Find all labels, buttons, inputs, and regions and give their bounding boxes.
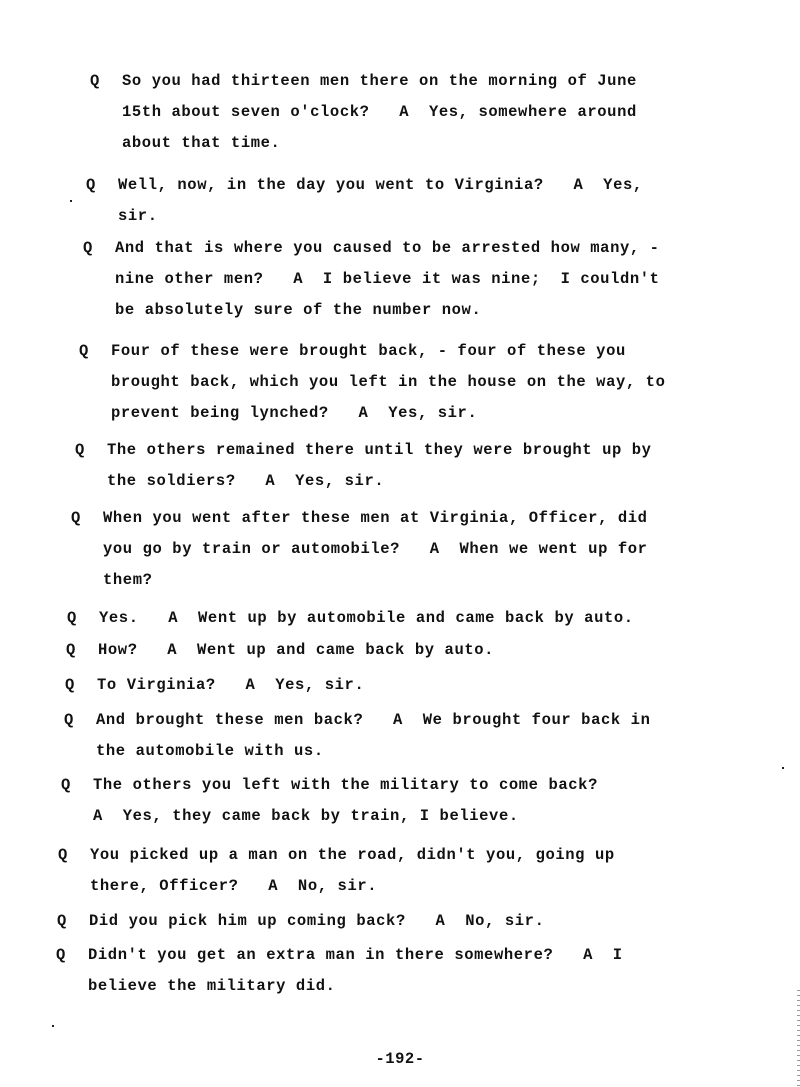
- qa-entry: Q Didn't you get an extra man in there s…: [56, 940, 623, 1002]
- question-marker: Q: [83, 233, 103, 264]
- scan-speck: [70, 200, 72, 202]
- entry-line: brought back, which you left in the hous…: [79, 367, 665, 398]
- entry-line: So you had thirteen men there on the mor…: [90, 66, 637, 97]
- question-marker: Q: [86, 170, 106, 201]
- entry-line: the soldiers? A Yes, sir.: [75, 466, 652, 497]
- question-marker: Q: [65, 670, 85, 701]
- entry-line: them?: [71, 565, 648, 596]
- qa-entry: Q The others you left with the military …: [61, 770, 598, 832]
- entry-line: And that is where you caused to be arres…: [83, 233, 660, 264]
- entry-line: Four of these were brought back, - four …: [79, 336, 665, 367]
- question-marker: Q: [67, 603, 87, 634]
- question-marker: Q: [61, 770, 81, 801]
- qa-entry: Q Did you pick him up coming back? A No,…: [57, 906, 544, 937]
- question-marker: Q: [71, 503, 91, 534]
- qa-entry: Q Four of these were brought back, - fou…: [79, 336, 665, 429]
- entry-line: Didn't you get an extra man in there som…: [56, 940, 623, 971]
- entry-line: there, Officer? A No, sir.: [58, 871, 615, 902]
- entry-line: 15th about seven o'clock? A Yes, somewhe…: [90, 97, 637, 128]
- question-marker: Q: [79, 336, 99, 367]
- entry-line: You picked up a man on the road, didn't …: [58, 840, 615, 871]
- qa-entry: Q And brought these men back? A We broug…: [64, 705, 650, 767]
- entry-line: you go by train or automobile? A When we…: [71, 534, 648, 565]
- entry-line: be absolutely sure of the number now.: [83, 295, 660, 326]
- qa-entry: Q You picked up a man on the road, didn'…: [58, 840, 615, 902]
- entry-line: Yes. A Went up by automobile and came ba…: [67, 603, 634, 634]
- qa-entry: Q When you went after these men at Virgi…: [71, 503, 648, 596]
- qa-entry: Q Well, now, in the day you went to Virg…: [86, 170, 643, 232]
- entry-line: When you went after these men at Virgini…: [71, 503, 648, 534]
- question-marker: Q: [58, 840, 78, 871]
- entry-line: the automobile with us.: [64, 736, 650, 767]
- qa-entry: Q Yes. A Went up by automobile and came …: [67, 603, 634, 634]
- question-marker: Q: [64, 705, 84, 736]
- entry-line: Well, now, in the day you went to Virgin…: [86, 170, 643, 201]
- entry-line: The others you left with the military to…: [61, 770, 598, 801]
- question-marker: Q: [75, 435, 95, 466]
- entry-line: about that time.: [90, 128, 637, 159]
- entry-line: nine other men? A I believe it was nine;…: [83, 264, 660, 295]
- qa-entry: Q To Virginia? A Yes, sir.: [65, 670, 364, 701]
- entry-line: To Virginia? A Yes, sir.: [65, 670, 364, 701]
- entry-line: And brought these men back? A We brought…: [64, 705, 650, 736]
- question-marker: Q: [66, 635, 86, 666]
- entry-line: believe the military did.: [56, 971, 623, 1002]
- question-marker: Q: [90, 66, 110, 97]
- question-marker: Q: [57, 906, 77, 937]
- entry-line: prevent being lynched? A Yes, sir.: [79, 398, 665, 429]
- qa-entry: Q The others remained there until they w…: [75, 435, 652, 497]
- qa-entry: Q And that is where you caused to be arr…: [83, 233, 660, 326]
- page-number: -192-: [0, 1050, 800, 1068]
- entry-line: A Yes, they came back by train, I believ…: [61, 801, 598, 832]
- scan-speck: [782, 767, 784, 769]
- entry-line: Did you pick him up coming back? A No, s…: [57, 906, 544, 937]
- entry-line: sir.: [86, 201, 643, 232]
- question-marker: Q: [56, 940, 76, 971]
- entry-line: How? A Went up and came back by auto.: [66, 635, 494, 666]
- entry-line: The others remained there until they wer…: [75, 435, 652, 466]
- scan-speck: [52, 1025, 54, 1027]
- transcript-page: Q So you had thirteen men there on the m…: [0, 0, 800, 1087]
- qa-entry: Q So you had thirteen men there on the m…: [90, 66, 637, 159]
- qa-entry: Q How? A Went up and came back by auto.: [66, 635, 494, 666]
